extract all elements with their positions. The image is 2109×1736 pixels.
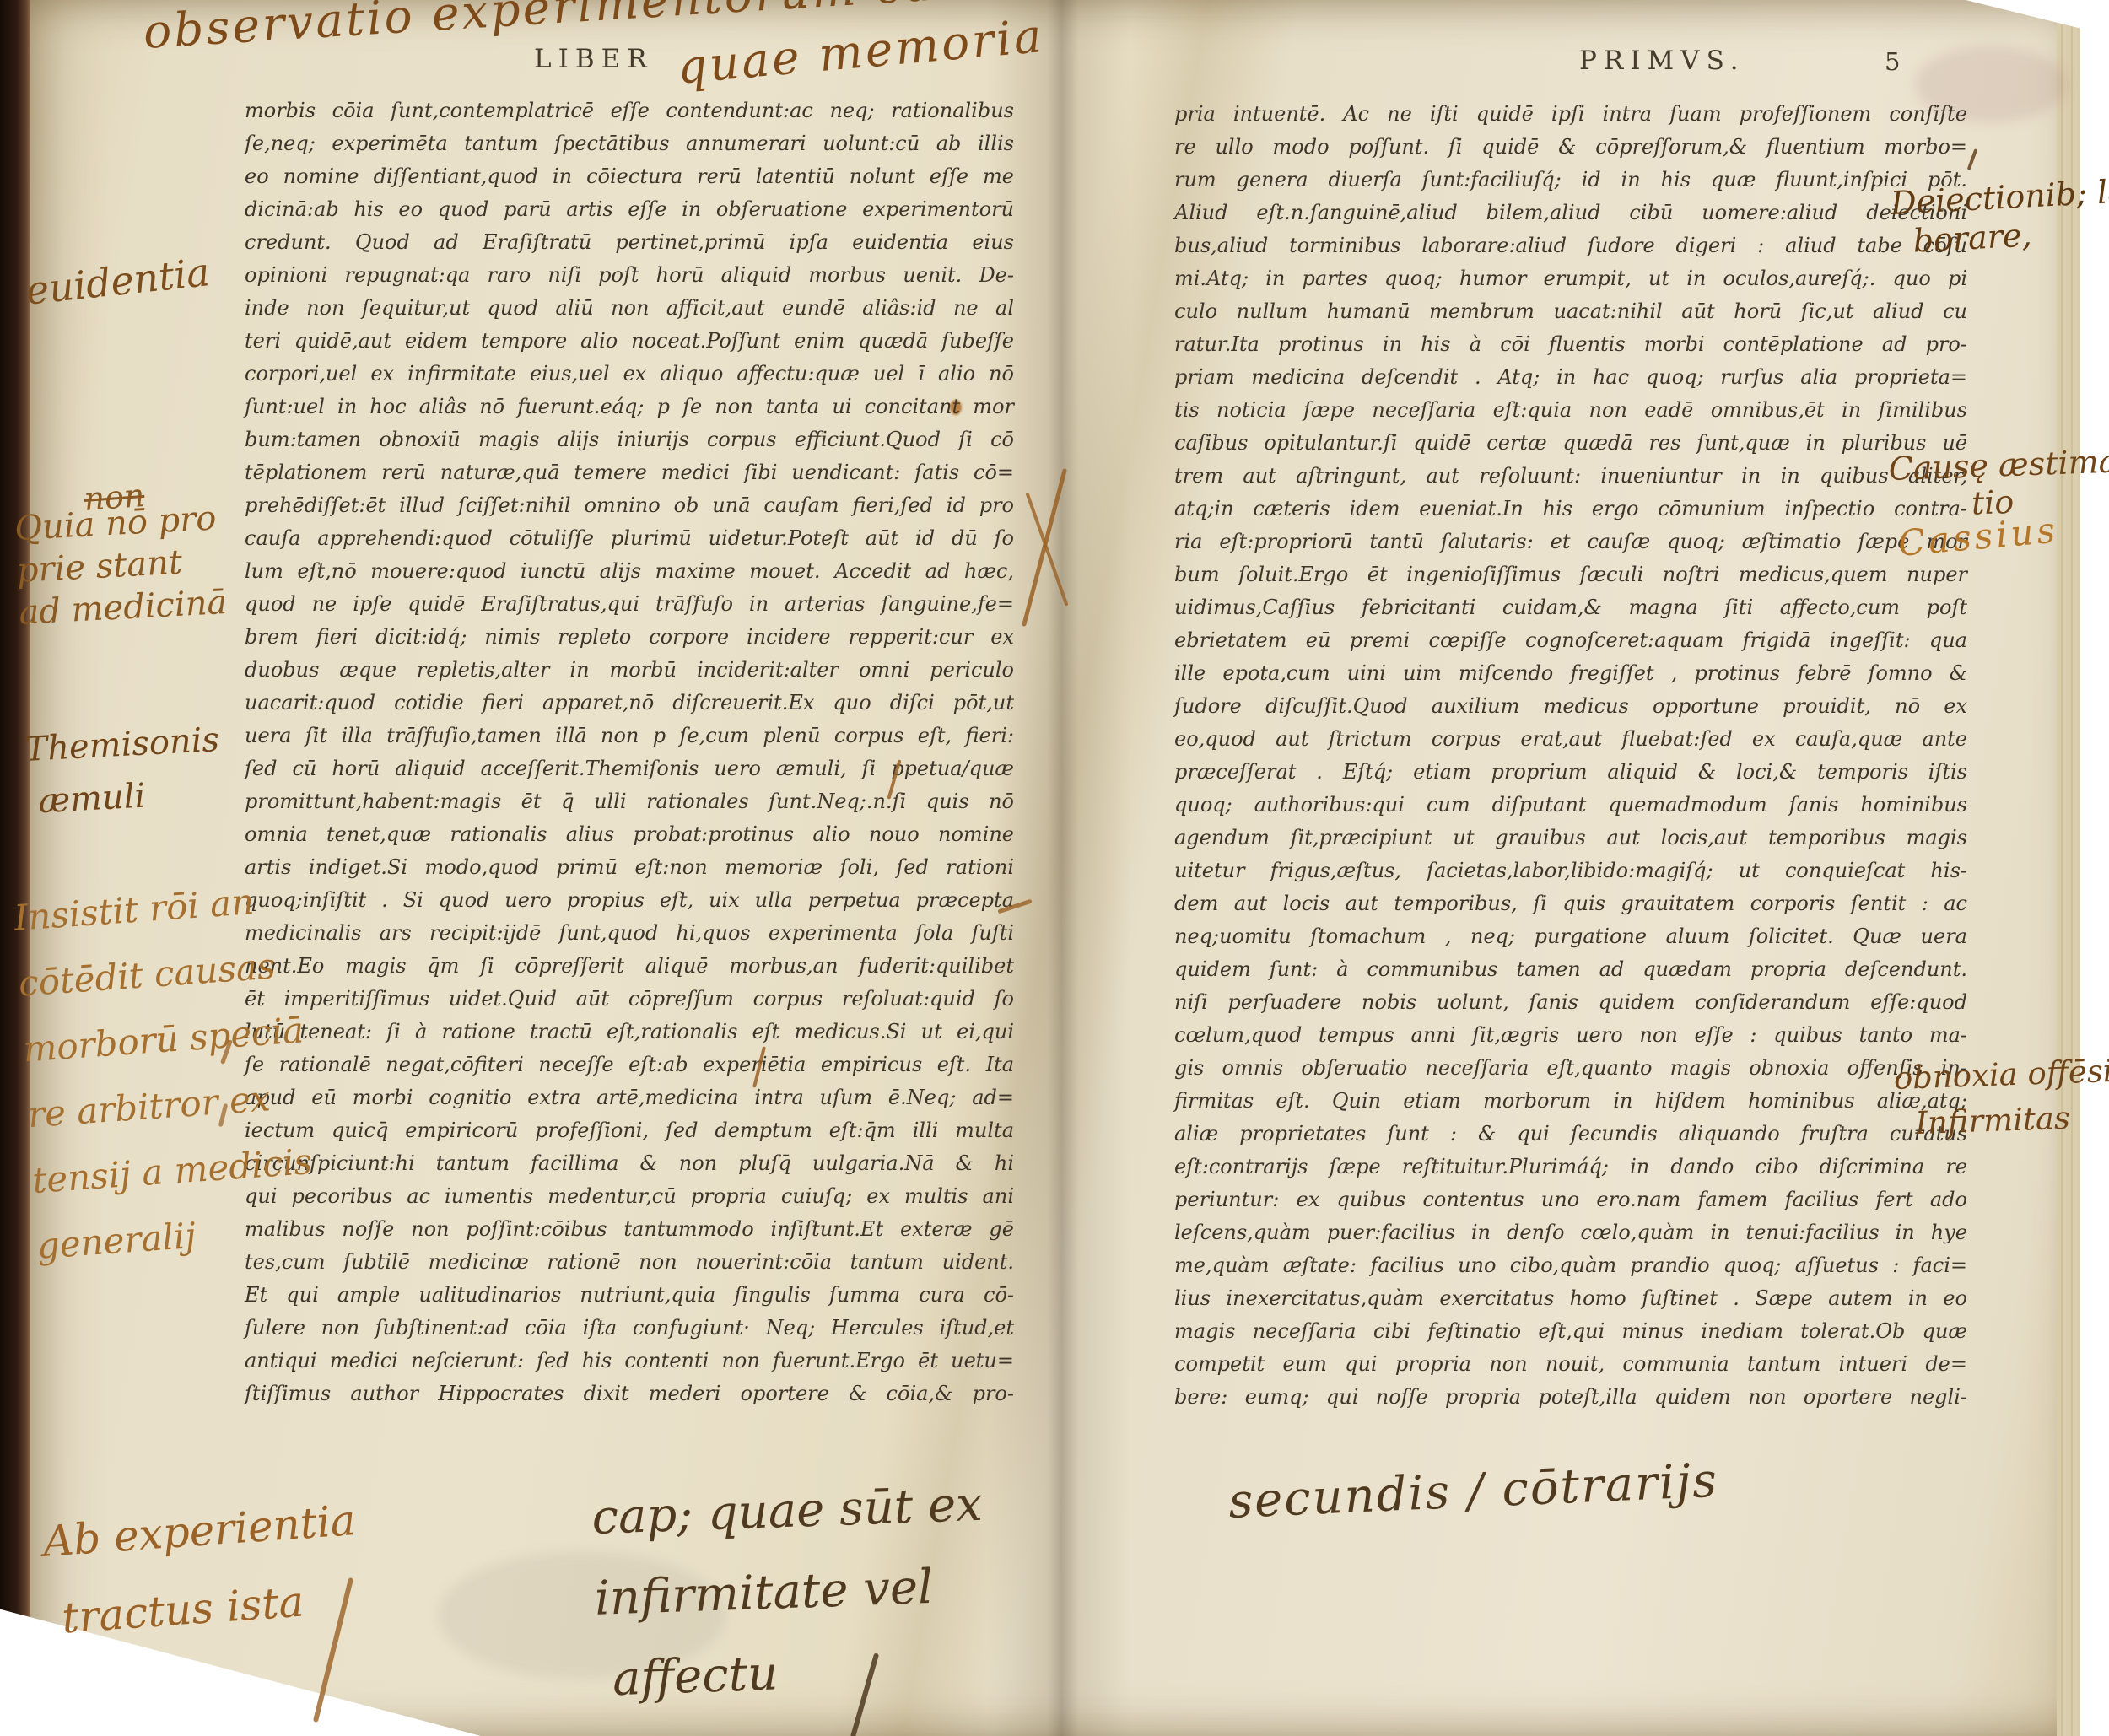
book-gutter-shadow bbox=[987, 0, 1130, 1736]
page-stack-edge bbox=[2057, 0, 2080, 1736]
small-rust-spot bbox=[950, 400, 962, 415]
background-right bbox=[2080, 0, 2109, 1736]
offset-smudge-stain bbox=[1915, 46, 2067, 122]
book-photo: observatio experimentorum eadem quae mem… bbox=[0, 0, 2109, 1736]
book-cover-edge bbox=[0, 0, 30, 1691]
ink-bleedthrough-stain bbox=[439, 1552, 725, 1679]
